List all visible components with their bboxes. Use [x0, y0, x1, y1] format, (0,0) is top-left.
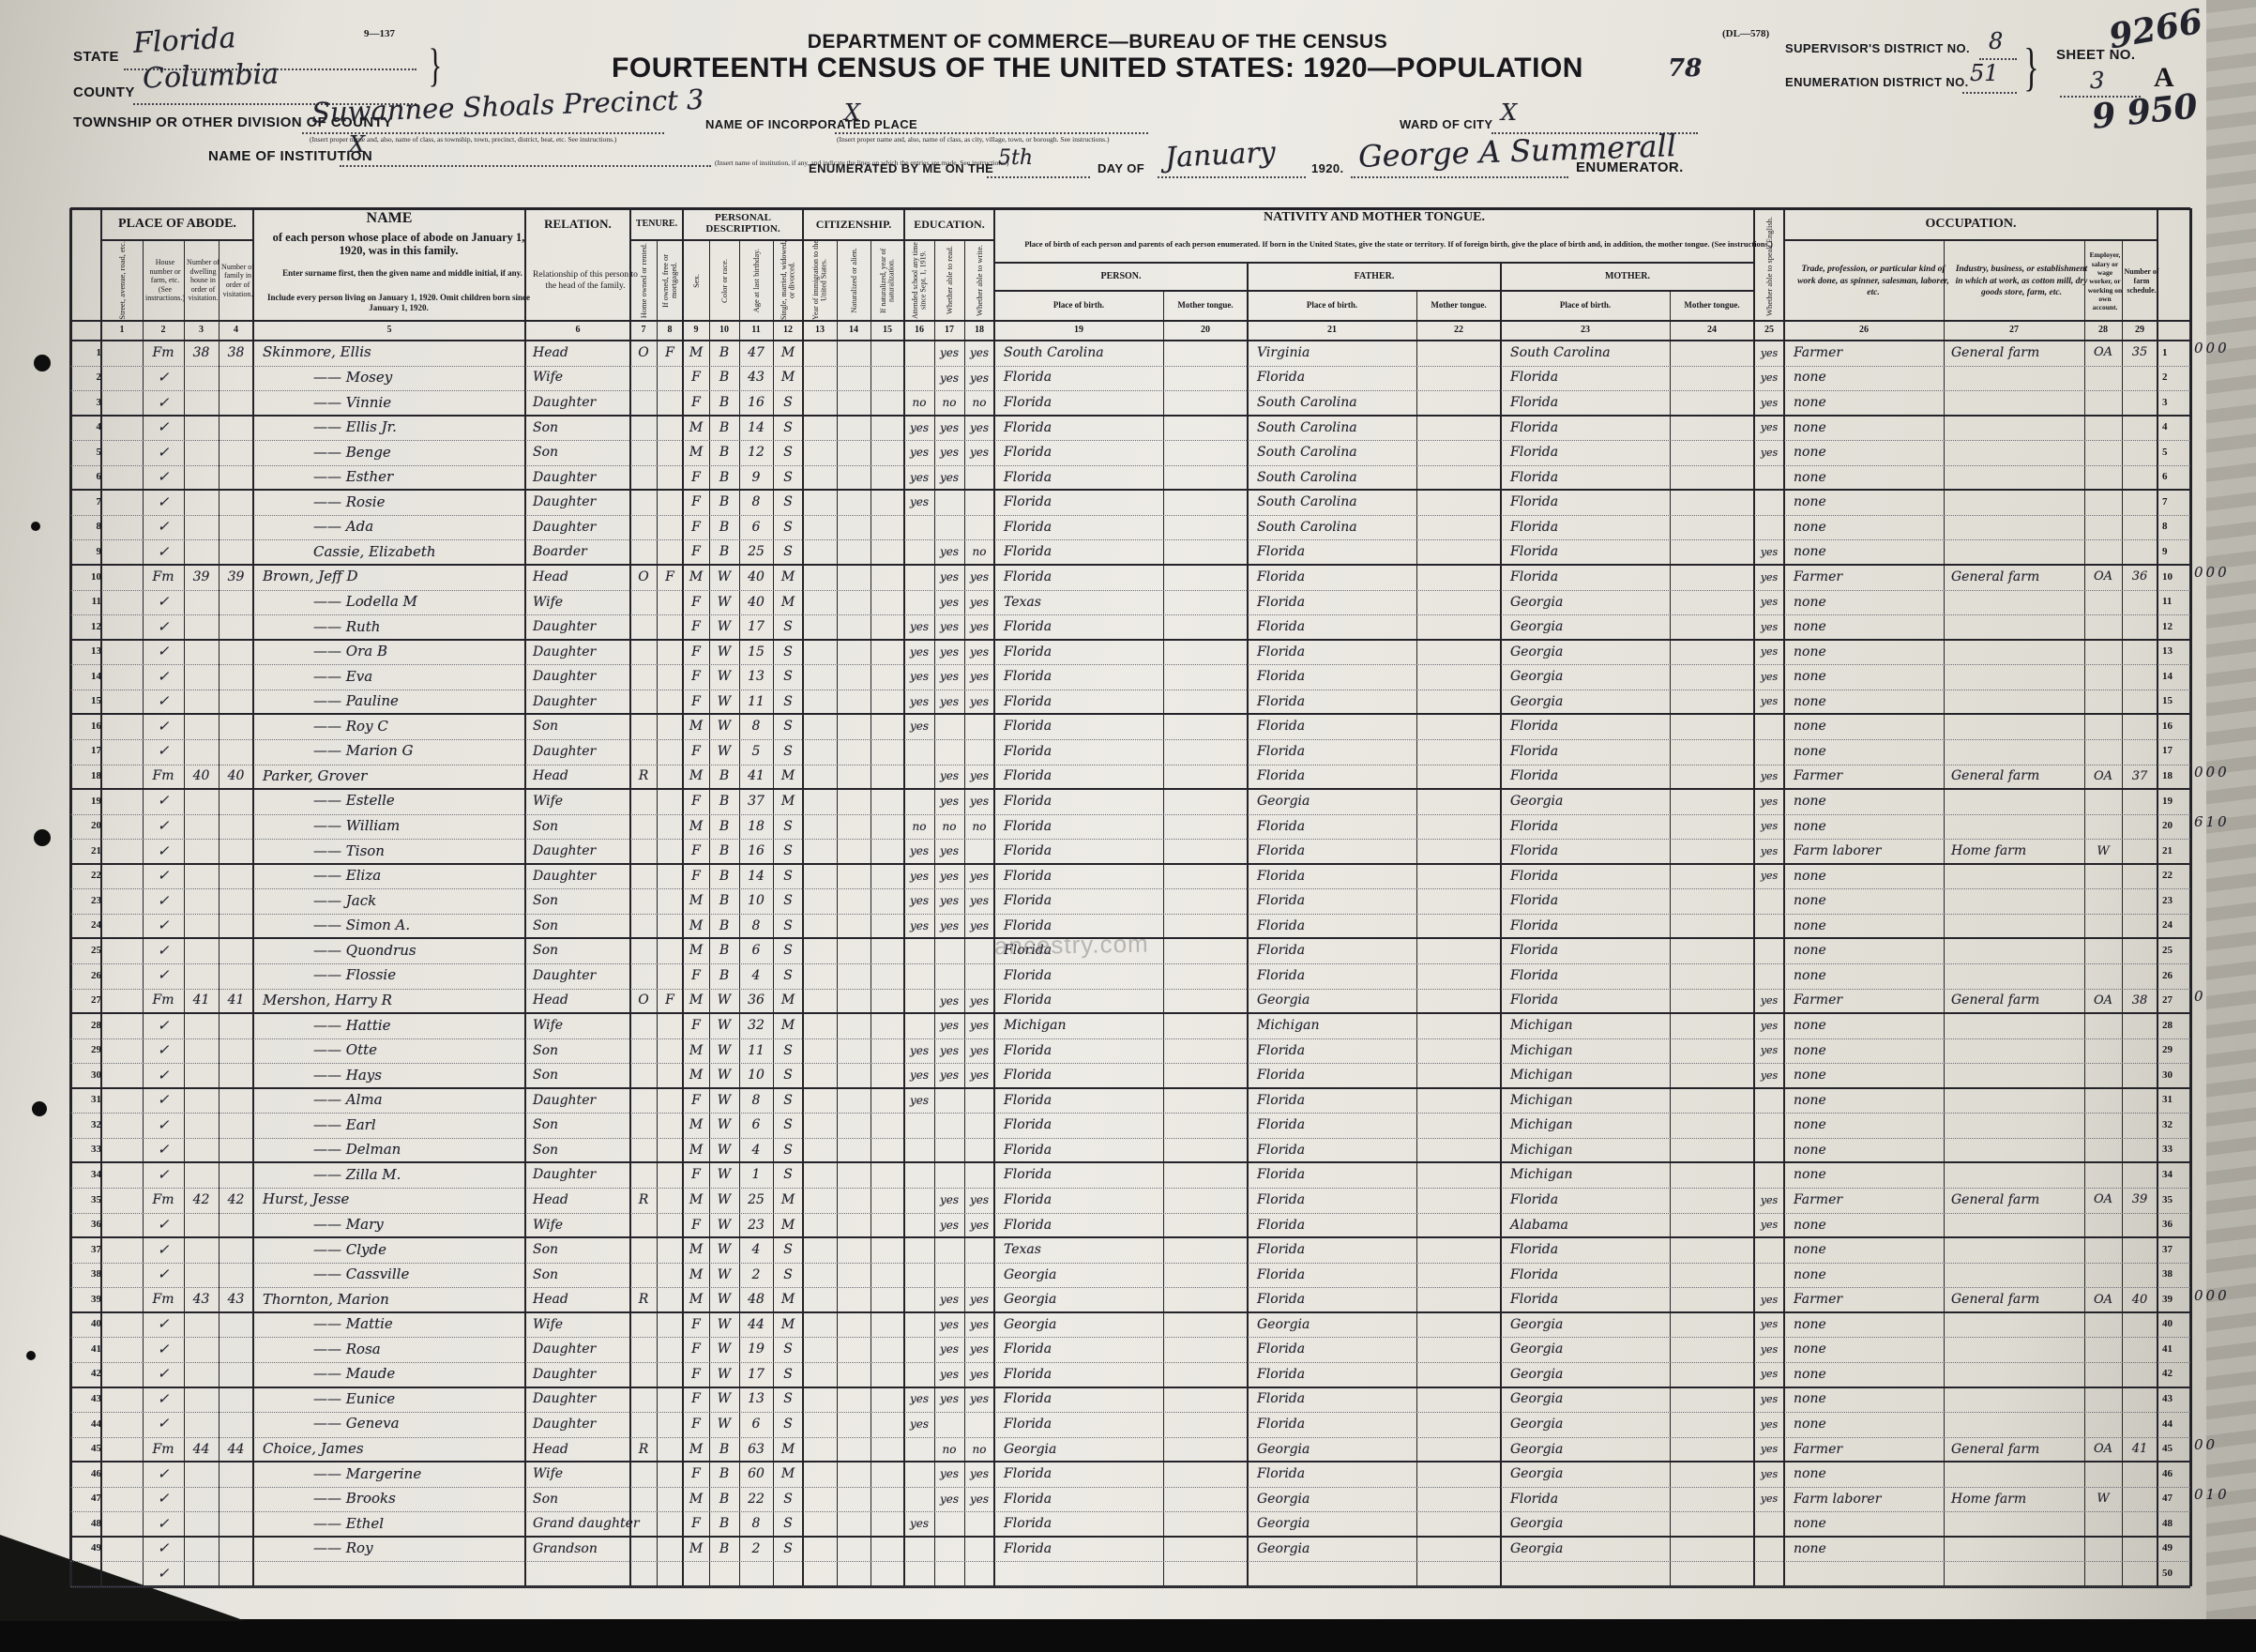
- tenure-mortgage-37: [657, 1237, 683, 1263]
- father-birthplace-cell-22: Florida: [1248, 864, 1426, 889]
- enumerated-day-underline: [987, 176, 1090, 178]
- line-number-right-25: 25: [2158, 938, 2195, 963]
- occupation-cell-35: Farmer: [1784, 1188, 1953, 1213]
- line-number-left-2: 2: [70, 366, 106, 391]
- farm-schedule-cell-17: [2122, 739, 2158, 765]
- occupation-cell-12: none: [1784, 614, 1953, 640]
- sex-cell-40: F: [683, 1312, 709, 1338]
- read-cell-3: no: [934, 390, 964, 416]
- farm-schedule-cell-50: [2122, 1561, 2158, 1586]
- abode-mark-25: ✓: [143, 938, 184, 963]
- tenure-owned-16: [630, 714, 657, 739]
- col-number-18: 18: [964, 321, 994, 341]
- farm-schedule-cell-28: [2122, 1013, 2158, 1038]
- tenure-mortgage-40: [657, 1312, 683, 1338]
- tenure-owned-5: [630, 440, 657, 465]
- relation-cell-20: Son: [525, 814, 638, 840]
- family-number-30: [219, 1063, 253, 1088]
- family-number-46: [219, 1462, 253, 1487]
- col1-desc-label: Street, avenue, road, etc.: [118, 241, 127, 320]
- school-cell-32: [904, 1113, 934, 1138]
- farm-schedule-cell-36: [2122, 1213, 2158, 1238]
- abode-mark-18: Fm: [143, 765, 184, 790]
- birthplace-cell-47: Florida: [994, 1487, 1173, 1512]
- name-cell-18: Parker, Grover: [253, 765, 535, 790]
- race-cell-30: W: [709, 1063, 739, 1088]
- farm-schedule-cell-23: [2122, 888, 2158, 914]
- speak-english-cell-38: [1754, 1263, 1784, 1288]
- marital-cell-34: S: [773, 1162, 803, 1188]
- employment-cell-11: [2084, 590, 2122, 615]
- write-cell-16: [964, 714, 994, 739]
- industry-cell-40: [1944, 1312, 2092, 1338]
- read-cell-50: [934, 1561, 964, 1586]
- abode-mark-21: ✓: [143, 839, 184, 864]
- abode-mark-41: ✓: [143, 1337, 184, 1362]
- family-number-3: [219, 390, 253, 416]
- industry-cell-13: [1944, 640, 2092, 665]
- sex-cell-35: M: [683, 1188, 709, 1213]
- tenure-owned-19: [630, 789, 657, 814]
- read-cell-33: [934, 1138, 964, 1163]
- age-cell-14: 13: [739, 664, 773, 690]
- age-cell-45: 63: [739, 1437, 773, 1463]
- tenure-mortgage-38: [657, 1263, 683, 1288]
- dwelling-number-28: [184, 1013, 219, 1038]
- relation-cell-36: Wife: [525, 1213, 638, 1238]
- tenure-owned-7: [630, 490, 657, 515]
- occupation-cell-6: none: [1784, 465, 1953, 491]
- dwelling-number-44: [184, 1412, 219, 1437]
- dwelling-number-32: [184, 1113, 219, 1138]
- tenure-owned-28: [630, 1013, 657, 1038]
- abode-mark-38: ✓: [143, 1263, 184, 1288]
- dwelling-number-49: [184, 1537, 219, 1562]
- birthplace-cell-31: Florida: [994, 1088, 1173, 1114]
- col18-desc-label: Whether able to write.: [976, 245, 984, 316]
- relation-cell-24: Son: [525, 914, 638, 939]
- relation-cell-46: Wife: [525, 1462, 638, 1487]
- tenure-mortgage-41: [657, 1337, 683, 1362]
- relation-cell-34: Daughter: [525, 1162, 638, 1188]
- father-birthplace-cell-50: [1248, 1561, 1426, 1586]
- marital-cell-46: M: [773, 1462, 803, 1487]
- family-number-21: [219, 839, 253, 864]
- tenure-owned-3: [630, 390, 657, 416]
- father-birthplace-cell-37: Florida: [1248, 1237, 1426, 1263]
- employment-cell-33: [2084, 1138, 2122, 1163]
- birthplace-cell-25: Florida: [994, 938, 1173, 963]
- write-cell-33: [964, 1138, 994, 1163]
- line-number-right-47: 47: [2158, 1487, 2195, 1512]
- father-birthplace-cell-32: Florida: [1248, 1113, 1426, 1138]
- col-number-19: 19: [994, 321, 1163, 341]
- race-cell-48: B: [709, 1511, 739, 1537]
- institution-underline: [340, 165, 711, 167]
- line-number-left-18: 18: [70, 765, 106, 790]
- race-cell-38: W: [709, 1263, 739, 1288]
- farm-schedule-cell-42: [2122, 1362, 2158, 1387]
- occupation-cell-20: none: [1784, 814, 1953, 840]
- relation-cell-29: Son: [525, 1038, 638, 1064]
- industry-cell-49: [1944, 1537, 2092, 1562]
- tenure-owned-50: [630, 1561, 657, 1586]
- mt-label-0: Mother tongue.: [1163, 291, 1248, 321]
- col7-desc: Home owned or rented.: [630, 240, 657, 321]
- margin-annotation-39: 000: [2194, 1283, 2248, 1309]
- write-cell-5: yes: [964, 440, 994, 465]
- write-cell-2: yes: [964, 366, 994, 391]
- marital-cell-48: S: [773, 1511, 803, 1537]
- age-cell-7: 8: [739, 490, 773, 515]
- relation-cell-28: Wife: [525, 1013, 638, 1038]
- father-birthplace-cell-43: Florida: [1248, 1387, 1426, 1413]
- father-birthplace-cell-8: South Carolina: [1248, 515, 1426, 540]
- line-number-left-41: 41: [70, 1337, 106, 1362]
- employment-cell-20: [2084, 814, 2122, 840]
- industry-cell-1: General farm: [1944, 341, 2092, 366]
- occupation-cell-3: none: [1784, 390, 1953, 416]
- birthplace-cell-6: Florida: [994, 465, 1173, 491]
- mother-birthplace-cell-5: Florida: [1501, 440, 1679, 465]
- age-cell-17: 5: [739, 739, 773, 765]
- col-number-15: 15: [871, 321, 904, 341]
- mother-birthplace-cell-23: Florida: [1501, 888, 1679, 914]
- industry-cell-34: [1944, 1162, 2092, 1188]
- age-cell-48: 8: [739, 1511, 773, 1537]
- school-cell-7: yes: [904, 490, 934, 515]
- col29-desc: Number of farm schedule.: [2122, 246, 2161, 317]
- speak-english-cell-36: yes: [1754, 1213, 1784, 1238]
- sex-cell-2: F: [683, 366, 709, 391]
- col-number-13: 13: [803, 321, 837, 341]
- employment-cell-41: [2084, 1337, 2122, 1362]
- father-birthplace-cell-46: Florida: [1248, 1462, 1426, 1487]
- tenure-mortgage-23: [657, 888, 683, 914]
- relation-cell-42: Daughter: [525, 1362, 638, 1387]
- sex-cell-47: M: [683, 1487, 709, 1512]
- employment-cell-3: [2084, 390, 2122, 416]
- line-number-right-3: 3: [2158, 390, 2195, 416]
- line-number-left-33: 33: [70, 1138, 106, 1163]
- line-number-left-42: 42: [70, 1362, 106, 1387]
- read-cell-36: yes: [934, 1213, 964, 1238]
- sex-cell-8: F: [683, 515, 709, 540]
- tenure-mortgage-12: [657, 614, 683, 640]
- tenure-owned-17: [630, 739, 657, 765]
- marital-cell-1: M: [773, 341, 803, 366]
- mother-birthplace-cell-34: Michigan: [1501, 1162, 1679, 1188]
- line-number-right-24: 24: [2158, 914, 2195, 939]
- employment-cell-1: OA: [2084, 341, 2122, 366]
- dwelling-number-1: 38: [184, 341, 219, 366]
- age-cell-9: 25: [739, 539, 773, 565]
- industry-cell-9: [1944, 539, 2092, 565]
- school-cell-34: [904, 1162, 934, 1188]
- speak-english-cell-37: [1754, 1237, 1784, 1263]
- birthplace-cell-14: Florida: [994, 664, 1173, 690]
- father-birthplace-cell-3: South Carolina: [1248, 390, 1426, 416]
- line-number-right-7: 7: [2158, 490, 2195, 515]
- mother-birthplace-cell-32: Michigan: [1501, 1113, 1679, 1138]
- farm-schedule-cell-24: [2122, 914, 2158, 939]
- line-number-left-39: 39: [70, 1287, 106, 1312]
- relation-cell-2: Wife: [525, 366, 638, 391]
- tenure-mortgage-5: [657, 440, 683, 465]
- family-number-13: [219, 640, 253, 665]
- line-number-left-24: 24: [70, 914, 106, 939]
- father-birthplace-cell-29: Florida: [1248, 1038, 1426, 1064]
- margin-annotation-10: 000: [2194, 561, 2248, 586]
- school-cell-40: [904, 1312, 934, 1338]
- employment-cell-37: [2084, 1237, 2122, 1263]
- mother-birthplace-cell-47: Florida: [1501, 1487, 1679, 1512]
- write-cell-41: yes: [964, 1337, 994, 1362]
- industry-cell-18: General farm: [1944, 765, 2092, 790]
- write-cell-13: yes: [964, 640, 994, 665]
- race-cell-41: W: [709, 1337, 739, 1362]
- age-cell-4: 14: [739, 416, 773, 441]
- race-cell-19: B: [709, 789, 739, 814]
- sex-cell-20: M: [683, 814, 709, 840]
- age-cell-20: 18: [739, 814, 773, 840]
- occupation-cell-13: none: [1784, 640, 1953, 665]
- age-cell-44: 6: [739, 1412, 773, 1437]
- occupation-cell-49: none: [1784, 1537, 1953, 1562]
- tenure-mortgage-28: [657, 1013, 683, 1038]
- write-cell-30: yes: [964, 1063, 994, 1088]
- hole-punch-4: [32, 1101, 47, 1116]
- col-number-5: 5: [253, 321, 525, 341]
- family-number-34: [219, 1162, 253, 1188]
- father-birthplace-cell-6: South Carolina: [1248, 465, 1426, 491]
- mother-birthplace-cell-6: Florida: [1501, 465, 1679, 491]
- dwelling-number-23: [184, 888, 219, 914]
- tenure-mortgage-50: [657, 1561, 683, 1586]
- col-number-21: 21: [1248, 321, 1416, 341]
- birthplace-cell-48: Florida: [994, 1511, 1173, 1537]
- farm-schedule-cell-16: [2122, 714, 2158, 739]
- line-number-left-4: 4: [70, 416, 106, 441]
- mother-birthplace-cell-41: Georgia: [1501, 1337, 1679, 1362]
- speak-english-cell-19: yes: [1754, 789, 1784, 814]
- write-cell-8: [964, 515, 994, 540]
- father-birthplace-cell-14: Florida: [1248, 664, 1426, 690]
- race-cell-18: B: [709, 765, 739, 790]
- race-cell-36: W: [709, 1213, 739, 1238]
- sex-cell-21: F: [683, 839, 709, 864]
- write-cell-1: yes: [964, 341, 994, 366]
- father-birthplace-cell-19: Georgia: [1248, 789, 1426, 814]
- write-cell-20: no: [964, 814, 994, 840]
- occupation-cell-40: none: [1784, 1312, 1953, 1338]
- marital-cell-49: S: [773, 1537, 803, 1562]
- father-birthplace-cell-35: Florida: [1248, 1188, 1426, 1213]
- speak-english-cell-32: [1754, 1113, 1784, 1138]
- speak-english-cell-27: yes: [1754, 989, 1784, 1014]
- father-birthplace-cell-18: Florida: [1248, 765, 1426, 790]
- occupation-cell-42: none: [1784, 1362, 1953, 1387]
- write-cell-26: [964, 963, 994, 989]
- col1-desc: Street, avenue, road, etc.: [101, 240, 143, 321]
- margin-annotation-1: 000: [2194, 337, 2248, 362]
- marital-cell-11: M: [773, 590, 803, 615]
- line-number-left-49: 49: [70, 1537, 106, 1562]
- birthplace-cell-7: Florida: [994, 490, 1173, 515]
- write-cell-47: yes: [964, 1487, 994, 1512]
- write-cell-44: [964, 1412, 994, 1437]
- speak-english-cell-35: yes: [1754, 1188, 1784, 1213]
- birthplace-cell-17: Florida: [994, 739, 1173, 765]
- father-birthplace-cell-21: Florida: [1248, 839, 1426, 864]
- read-cell-21: yes: [934, 839, 964, 864]
- relation-cell-8: Daughter: [525, 515, 638, 540]
- age-cell-49: 2: [739, 1537, 773, 1562]
- tenure-owned-14: [630, 664, 657, 690]
- tenure-owned-35: R: [630, 1188, 657, 1213]
- marital-cell-22: S: [773, 864, 803, 889]
- industry-cell-42: [1944, 1362, 2092, 1387]
- employment-cell-50: [2084, 1561, 2122, 1586]
- employment-cell-13: [2084, 640, 2122, 665]
- col2-desc: House number or farm, etc. (See instruct…: [143, 240, 188, 321]
- age-cell-50: [739, 1561, 773, 1586]
- school-cell-11: [904, 590, 934, 615]
- relation-cell-30: Son: [525, 1063, 638, 1088]
- occupation-cell-29: none: [1784, 1038, 1953, 1064]
- col12-desc-label: Single, married, widowed, or divorced.: [780, 240, 796, 321]
- school-cell-31: yes: [904, 1088, 934, 1114]
- speak-english-cell-7: [1754, 490, 1784, 515]
- sheet-stamp: 9266: [2106, 2, 2205, 57]
- employment-cell-40: [2084, 1312, 2122, 1338]
- mother-birthplace-cell-7: Florida: [1501, 490, 1679, 515]
- read-cell-4: yes: [934, 416, 964, 441]
- family-number-38: [219, 1263, 253, 1288]
- occupation-cell-38: none: [1784, 1263, 1953, 1288]
- birthplace-cell-22: Florida: [994, 864, 1173, 889]
- line-number-right-19: 19: [2158, 789, 2195, 814]
- write-cell-24: yes: [964, 914, 994, 939]
- read-cell-43: yes: [934, 1387, 964, 1413]
- school-cell-20: no: [904, 814, 934, 840]
- age-cell-31: 8: [739, 1088, 773, 1114]
- nativity-father: FATHER.: [1248, 263, 1501, 291]
- abode-mark-13: ✓: [143, 640, 184, 665]
- sex-cell-10: M: [683, 565, 709, 590]
- birthplace-cell-27: Florida: [994, 989, 1173, 1014]
- hole-punch-2: [31, 522, 40, 531]
- race-cell-20: B: [709, 814, 739, 840]
- marital-cell-45: M: [773, 1437, 803, 1463]
- line-number-left-16: 16: [70, 714, 106, 739]
- line-number-right-2: 2: [2158, 366, 2195, 391]
- school-cell-38: [904, 1263, 934, 1288]
- mt-label-2: Mother tongue.: [1670, 291, 1754, 321]
- line-number-right-50: 50: [2158, 1561, 2195, 1586]
- sex-cell-26: F: [683, 963, 709, 989]
- birthplace-cell-12: Florida: [994, 614, 1173, 640]
- mother-birthplace-cell-13: Georgia: [1501, 640, 1679, 665]
- birthplace-cell-5: Florida: [994, 440, 1173, 465]
- abode-mark-2: ✓: [143, 366, 184, 391]
- industry-cell-26: [1944, 963, 2092, 989]
- name-cell-35: Hurst, Jesse: [253, 1188, 535, 1213]
- farm-schedule-cell-44: [2122, 1412, 2158, 1437]
- read-cell-38: [934, 1263, 964, 1288]
- birthplace-cell-1: South Carolina: [994, 341, 1173, 366]
- tenure-mortgage-44: [657, 1412, 683, 1437]
- employment-cell-27: OA: [2084, 989, 2122, 1014]
- race-cell-2: B: [709, 366, 739, 391]
- farm-schedule-cell-39: 40: [2122, 1287, 2158, 1312]
- speak-english-cell-48: [1754, 1511, 1784, 1537]
- read-cell-41: yes: [934, 1337, 964, 1362]
- col-number-9: 9: [683, 321, 709, 341]
- farm-schedule-cell-8: [2122, 515, 2158, 540]
- school-cell-33: [904, 1138, 934, 1163]
- industry-cell-6: [1944, 465, 2092, 491]
- read-cell-34: [934, 1162, 964, 1188]
- birthplace-cell-39: Georgia: [994, 1287, 1173, 1312]
- speak-english-cell-44: yes: [1754, 1412, 1784, 1437]
- write-cell-36: yes: [964, 1213, 994, 1238]
- industry-cell-2: [1944, 366, 2092, 391]
- farm-schedule-cell-33: [2122, 1138, 2158, 1163]
- school-cell-2: [904, 366, 934, 391]
- race-cell-28: W: [709, 1013, 739, 1038]
- speak-english-cell-42: yes: [1754, 1362, 1784, 1387]
- race-cell-29: W: [709, 1038, 739, 1064]
- write-cell-11: yes: [964, 590, 994, 615]
- col-number-2: 2: [143, 321, 184, 341]
- tenure-owned-18: R: [630, 765, 657, 790]
- employment-cell-21: W: [2084, 839, 2122, 864]
- employment-cell-38: [2084, 1263, 2122, 1288]
- family-number-6: [219, 465, 253, 491]
- sex-cell-50: [683, 1561, 709, 1586]
- tenure-owned-20: [630, 814, 657, 840]
- line-number-right-36: 36: [2158, 1213, 2195, 1238]
- birthplace-cell-18: Florida: [994, 765, 1173, 790]
- birthplace-cell-20: Florida: [994, 814, 1173, 840]
- margin-annotation-27: 0: [2194, 985, 2248, 1010]
- speak-english-cell-9: yes: [1754, 539, 1784, 565]
- school-cell-42: [904, 1362, 934, 1387]
- sex-cell-41: F: [683, 1337, 709, 1362]
- mother-birthplace-cell-45: Georgia: [1501, 1437, 1679, 1463]
- read-cell-17: [934, 739, 964, 765]
- speak-english-cell-24: [1754, 914, 1784, 939]
- marital-cell-7: S: [773, 490, 803, 515]
- relation-cell-22: Daughter: [525, 864, 638, 889]
- occupation-cell-26: none: [1784, 963, 1953, 989]
- abode-mark-11: ✓: [143, 590, 184, 615]
- relation-cell-45: Head: [525, 1437, 638, 1463]
- col16-desc: Attended school any time since Sept. 1, …: [904, 240, 934, 321]
- line-number-right-10: 10: [2158, 565, 2195, 590]
- marital-cell-47: S: [773, 1487, 803, 1512]
- marital-cell-16: S: [773, 714, 803, 739]
- sex-cell-34: F: [683, 1162, 709, 1188]
- industry-cell-31: [1944, 1088, 2092, 1114]
- tenure-mortgage-8: [657, 515, 683, 540]
- employment-cell-30: [2084, 1063, 2122, 1088]
- read-cell-49: [934, 1537, 964, 1562]
- school-cell-3: no: [904, 390, 934, 416]
- relation-cell-43: Daughter: [525, 1387, 638, 1413]
- line-number-right-49: 49: [2158, 1537, 2195, 1562]
